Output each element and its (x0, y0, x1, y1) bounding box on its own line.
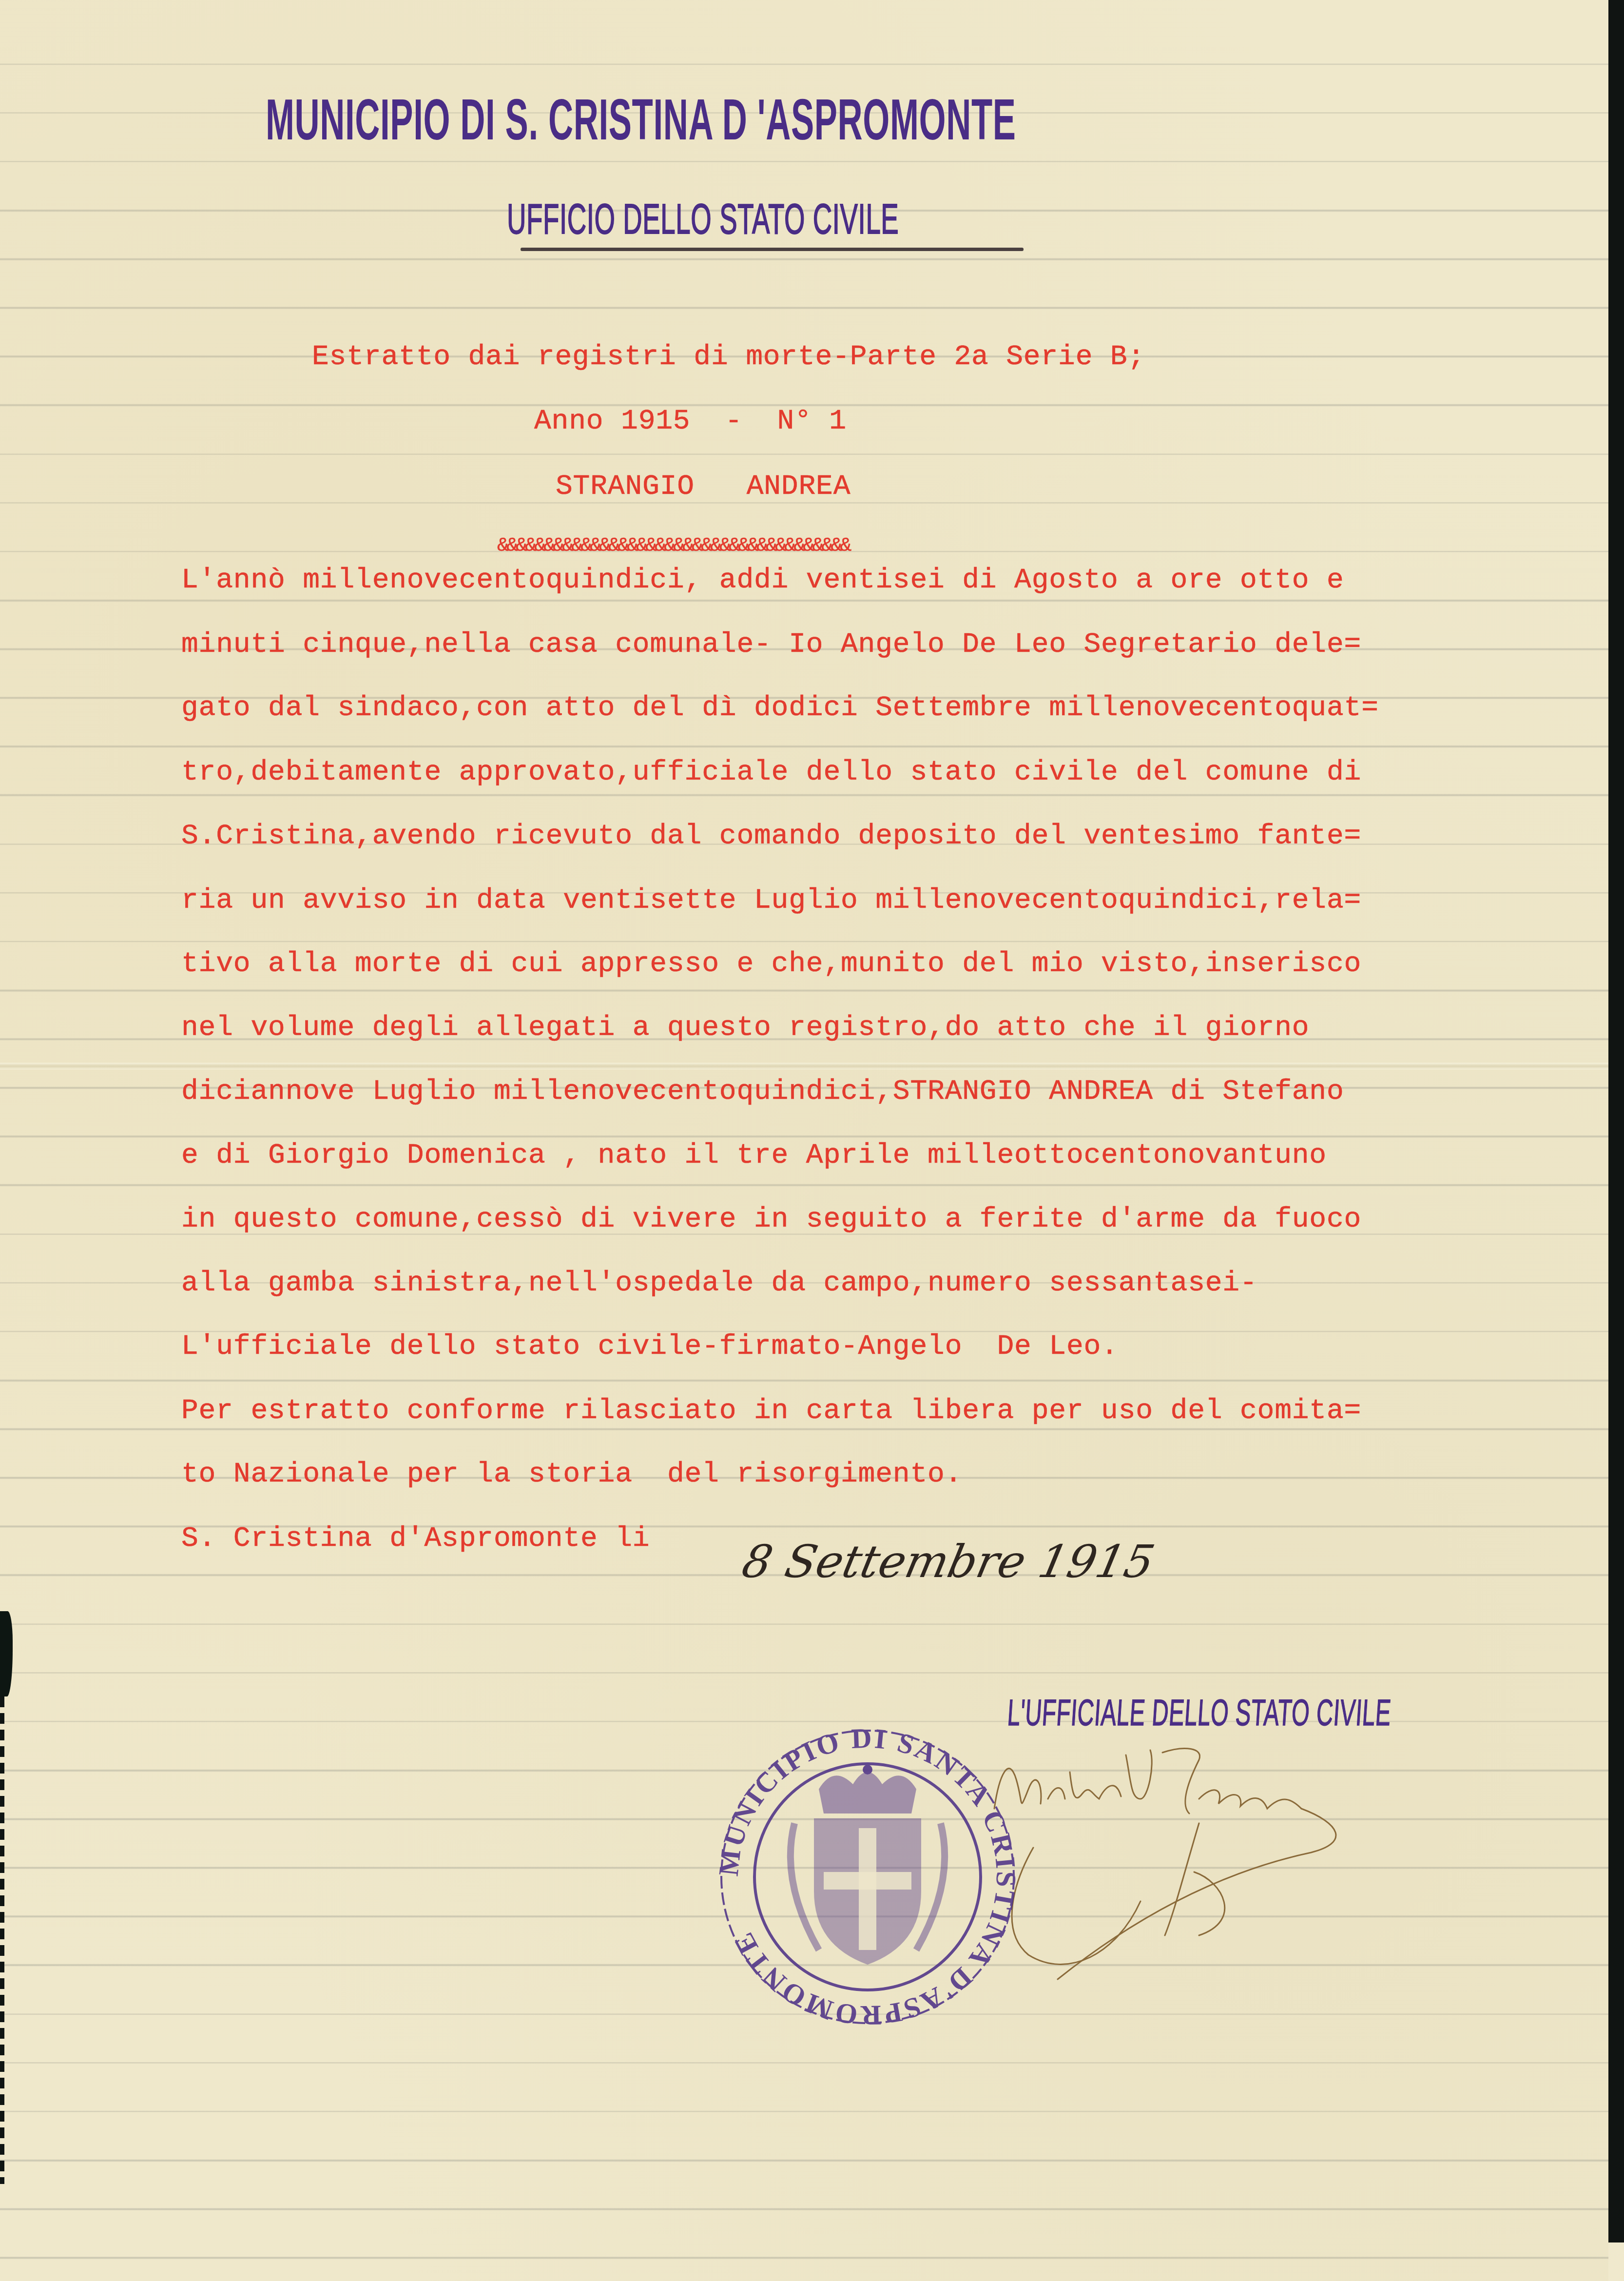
body-line: tro,debitamente approvato,ufficiale dell… (181, 757, 1361, 788)
year-and-number: Anno 1915 - N° 1 (534, 406, 847, 437)
body-line: to Nazionale per la storia del risorgime… (181, 1459, 962, 1490)
body-line: Per estratto conforme rilasciato in cart… (181, 1395, 1361, 1427)
body-line: diciannove Luglio millenovecentoquindici… (181, 1076, 1344, 1108)
extract-title: Estratto dai registri di morte-Parte 2a … (312, 341, 1145, 373)
paper-fold-crease (0, 1063, 1608, 1070)
body-line: L'annò millenovecentoquindici, addi vent… (181, 565, 1344, 596)
municipality-stamp: MUNICIPIO DI S. CRISTINA D 'ASPROMONTE (266, 87, 1016, 153)
handwritten-date: 8 Settembre 1915 (738, 1536, 1159, 1588)
header-underline (521, 248, 1024, 251)
body-line: alla gamba sinistra,nell'ospedale da cam… (181, 1267, 1257, 1299)
place-label: S. Cristina d'Aspromonte li (181, 1523, 650, 1555)
officer-signature-icon (970, 1726, 1482, 2028)
municipal-seal-icon: MUNICIPIO DI SANTA CRISTINA D'ASPROMONTE (707, 1716, 1028, 2038)
body-line: minuti cinque,nella casa comunale- Io An… (181, 629, 1361, 661)
body-line: nel volume degli allegati a questo regis… (181, 1012, 1309, 1044)
scan-border-right (1608, 0, 1624, 2242)
subject-name: STRANGIO ANDREA (556, 471, 851, 503)
torn-edge-left (0, 1696, 4, 2184)
body-line: e di Giorgio Domenica , nato il tre Apri… (181, 1140, 1327, 1171)
body-line: ria un avviso in data ventisette Luglio … (181, 885, 1361, 916)
body-line: S.Cristina,avendo ricevuto dal comando d… (181, 820, 1361, 852)
body-line: L'ufficiale dello stato civile-firmato-A… (181, 1331, 1119, 1363)
office-stamp: UFFICIO DELLO STATO CIVILE (507, 194, 899, 244)
ampersand-ornament-divider: &&&&&&&&&&&&&&&&&&&&&&&&&&&&&&&&&&&&&& (497, 535, 849, 557)
body-line: gato dal sindaco,con atto del dì dodici … (181, 692, 1379, 724)
torn-edge-notch (0, 1611, 13, 1696)
body-line: in questo comune,cessò di vivere in segu… (181, 1204, 1361, 1235)
body-line: tivo alla morte di cui appresso e che,mu… (181, 948, 1361, 980)
